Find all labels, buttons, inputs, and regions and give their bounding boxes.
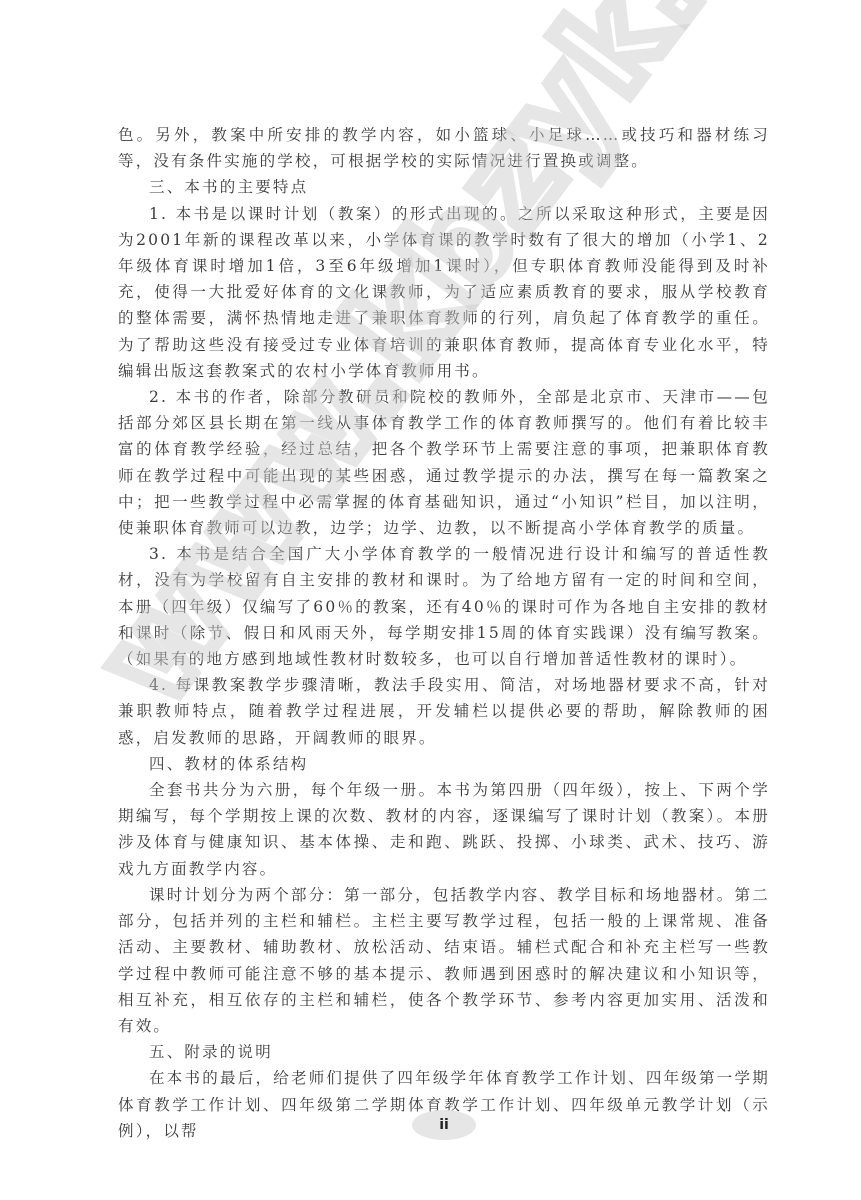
page-number: ii: [439, 1117, 449, 1133]
paragraph-feature-1: 1. 本书是以课时计划（教案）的形式出现的。之所以采取这种形式，主要是因为200…: [118, 201, 770, 384]
document-page: 色。另外，教案中所安排的教学内容，如小篮球、小足球……或技巧和器材练习等，没有条…: [0, 0, 861, 1200]
paragraph-structure-2: 课时计划分为两个部分：第一部分，包括教学内容、教学目标和场地器材。第二部分，包括…: [118, 882, 770, 1039]
paragraph-continuation: 色。另外，教案中所安排的教学内容，如小篮球、小足球……或技巧和器材练习等，没有条…: [118, 122, 770, 174]
page-number-badge: ii: [412, 1110, 476, 1140]
section-heading-structure: 四、教材的体系结构: [118, 751, 770, 777]
paragraph-feature-3: 3. 本书是结合全国广大小学体育教学的一般情况进行设计和编写的普适性教材，没有为…: [118, 541, 770, 672]
section-heading-appendix: 五、附录的说明: [118, 1039, 770, 1065]
paragraph-feature-4: 4. 每课教案教学步骤清晰，教法手段实用、简洁，对场地器材要求不高，针对兼职教师…: [118, 672, 770, 751]
paragraph-feature-2: 2. 本书的作者，除部分教研员和院校的教师外，全部是北京市、天津市——包括部分郊…: [118, 384, 770, 541]
section-heading-features: 三、本书的主要特点: [118, 174, 770, 200]
body-text: 色。另外，教案中所安排的教学内容，如小篮球、小足球……或技巧和器材练习等，没有条…: [118, 122, 770, 1144]
paragraph-structure-1: 全套书共分为六册，每个年级一册。本书为第四册（四年级），按上、下两个学期编写，每…: [118, 777, 770, 882]
